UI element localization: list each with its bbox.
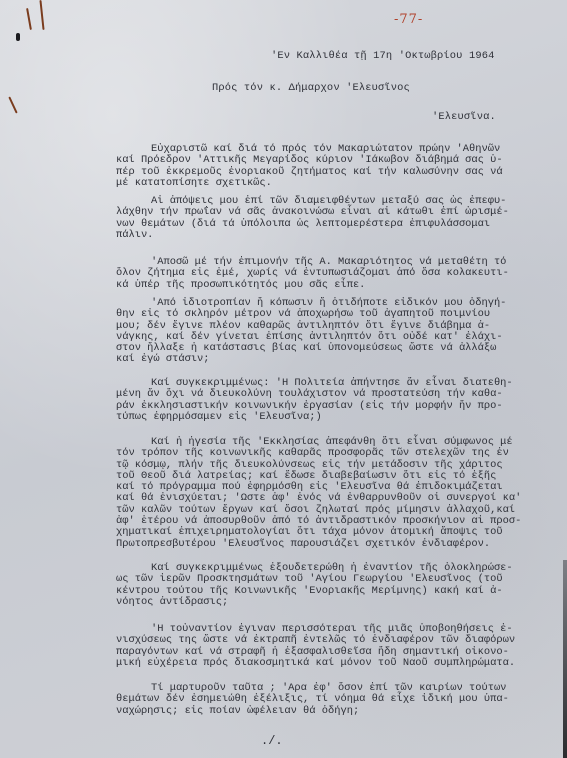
text-line: μέ κατατοπίσητε σχετικῶς. bbox=[116, 178, 536, 189]
text-line: θεμάτων δέν ἐσημειώθη ἐξέλιξις, τί νόημα… bbox=[116, 694, 536, 705]
addressee-place: 'Ελευσῖνα. bbox=[432, 112, 496, 123]
paragraph: Τί μαρτυροῦν ταῦτα ; 'Αρα ἐφ' ὅσον ἐπί τ… bbox=[116, 683, 536, 717]
page-number: -77- bbox=[394, 12, 423, 27]
page-edge-shadow bbox=[563, 560, 567, 758]
text-line: μική εὐχέρεια πρός διακοσμητικά καί μόνο… bbox=[116, 658, 536, 669]
date-line: 'Εν Καλλιθέα τῇ 17η 'Οκτωβρίου 1964 bbox=[271, 51, 495, 62]
text-line: καί Πρόεδρον 'Αττικῆς Μεγαρίδος κύριον '… bbox=[116, 155, 536, 166]
addressee: Πρός τόν κ. Δήμαρχον 'Ελευσῖνος bbox=[212, 83, 410, 94]
paragraph: Εὐχαριστῶ καί διά τό πρός τόν Μακαριώτατ… bbox=[116, 144, 536, 189]
text-line: τόν τρόπον τῆς κοινωνικῆς καθαρᾶς προσφο… bbox=[116, 448, 536, 459]
paragraph: 'Από ἰδιοτροπίαν ἤ κόπωσιν ἤ ὁτιδήποτε ε… bbox=[116, 298, 536, 366]
text-line: νων θεμάτων (διά τά ὑπόλοιπα ὡς λεπτομερ… bbox=[116, 219, 536, 230]
text-line: πάλιν. bbox=[116, 230, 536, 241]
text-line: ὅλον ζήτημα εἰς ἐμέ, χωρίς νά ἐντυπωσιάζ… bbox=[116, 268, 536, 279]
paragraph: Καί συγκεκριμμένως: 'Η Πολιτεία ἀπήντησε… bbox=[116, 378, 536, 423]
ink-blot bbox=[16, 33, 20, 41]
text-line: ως τῶν ἱερῶν Προσκτησμάτων τοῦ 'Αγίου Γε… bbox=[116, 574, 536, 585]
text-line: ναχώρησις; εἰς ποίαν ὠφέλειαν θά ὁδήγη; bbox=[116, 706, 536, 717]
text-line: κά ὑπέρ τῆς προσωπικότητός μου σᾶς εἶπε. bbox=[116, 280, 536, 291]
paragraph: 'Αποσῶ μέ τήν ἐπιμονήν τῆς Α. Μακαριότητ… bbox=[116, 257, 536, 291]
continuation-mark: ./. bbox=[261, 734, 283, 748]
text-line: Πρωτοπρεσβυτέρου 'Ελευσῖνος παρουσιάζει … bbox=[116, 539, 536, 550]
text-line: νόητος ἀντίδρασις; bbox=[116, 597, 536, 608]
text-line: καί ἐγώ στάσιν; bbox=[116, 354, 536, 365]
text-line: μένη ἄν ὄχι νά διευκολύνη τουλάχιστον νά… bbox=[116, 389, 536, 400]
paragraph: Καί συγκεκριμμένως ἐξουδετερώθη ἡ ἐναντί… bbox=[116, 563, 536, 608]
text-line: νισχύσεως της ὥστε νά ἐκτραπῆ ἐντελῶς τό… bbox=[116, 635, 536, 646]
text-line: χηματικαί ἐπιχειρηματολογίαι ὅτι τάχα μό… bbox=[116, 527, 536, 538]
paragraph: Καί ἡ ἡγεσία τῆς 'Εκκλησίας ἀπεφάνθη ὅτι… bbox=[116, 437, 536, 550]
text-line: λάχθην τήν πρωΐαν νά σᾶς ἀνακοινώσω εἶνα… bbox=[116, 207, 536, 218]
text-line: τύπως ἐφηρμόσαμεν εἰς 'Ελευσῖνα;) bbox=[116, 412, 536, 423]
text-line: θην εἰς τό σκληρόν μέτρον νά ἀποχωρήσω τ… bbox=[116, 309, 536, 320]
paragraph: 'Η τοὐναντίον ἐγιναν περισσότεραι τῆς μι… bbox=[116, 624, 536, 669]
paragraph: Αἱ ἀπόψεις μου ἐπί τῶν διαμειφθέντων μετ… bbox=[116, 196, 536, 241]
